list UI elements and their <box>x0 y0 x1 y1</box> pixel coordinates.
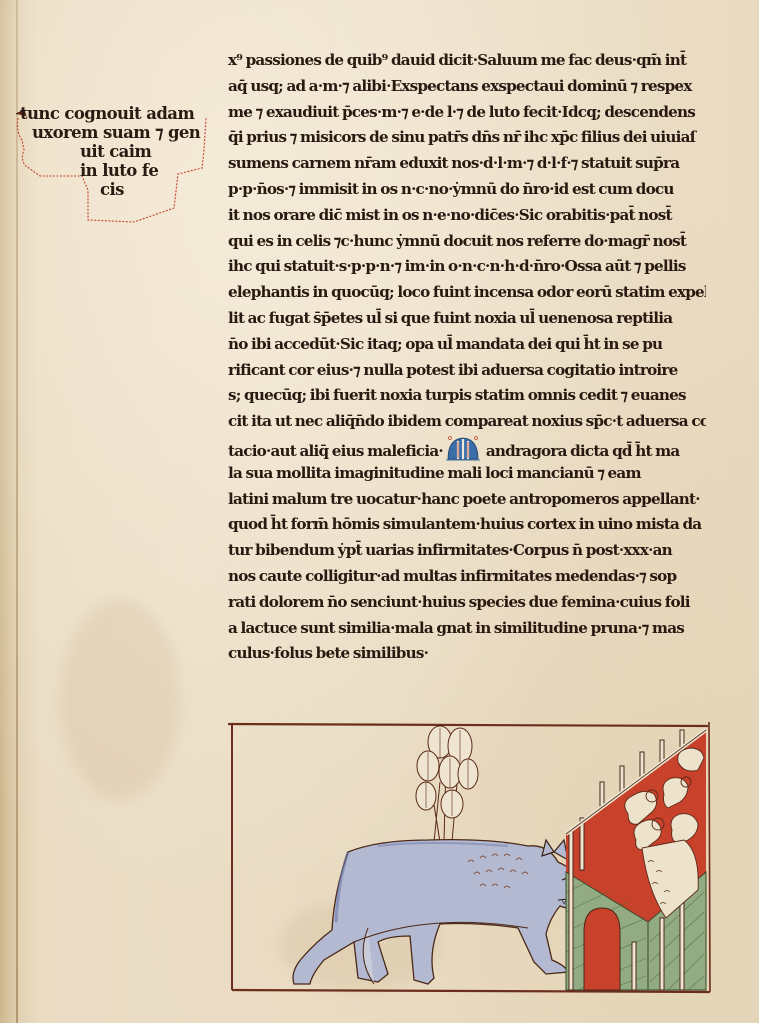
text-line: p·p·n̄os·⁊ immisit in os n·c·no·ẏmnū do … <box>228 177 706 203</box>
margin-note-line: uit caim <box>18 142 208 161</box>
text-fragment: andragora dicta qd̄ h̄t ma <box>486 442 680 460</box>
miniature-wolf-sheepfold <box>228 722 712 994</box>
tree <box>416 726 478 842</box>
margin-note-line: uxorem suam ⁊ gen <box>18 123 208 142</box>
text-line: culus·folus bete similibus· <box>228 641 706 667</box>
text-line: la sua mollita imaginitudine mali loci m… <box>228 461 706 487</box>
margin-note-line: tunc cognouit adam <box>18 104 208 123</box>
text-line-with-initial: tacio·aut aliq̄ eius maleficia· andragor… <box>228 435 706 461</box>
text-line: x⁹ passiones de quib⁹ dauid dicit·Saluum… <box>228 48 706 74</box>
text-line: lit ac fugat s̄p̄etes ul̄ si que fuint n… <box>228 306 706 332</box>
sheepfold <box>566 730 706 990</box>
wolf <box>293 840 589 984</box>
text-line: it nos orare dic̄ mist in os n·e·no·dic̄… <box>228 203 706 229</box>
parchment-stain <box>60 600 180 800</box>
margin-note-line: in luto fe <box>18 161 208 180</box>
text-line: tur bibendum ẏpt̄ uarias infirmitates·Co… <box>228 538 706 564</box>
text-line: aq̄ usq; ad a·m·⁊ alibi·Exspectans exspe… <box>228 74 706 100</box>
text-line: quod h̄t form̄ hōmis simulantem·huius co… <box>228 512 706 538</box>
text-line: nos caute colligitur·ad multas infirmita… <box>228 564 706 590</box>
text-line: s; quecūq; ibi fuerit noxia turpis stati… <box>228 383 706 409</box>
manuscript-folio: tunc cognouit adam uxorem suam ⁊ gen uit… <box>0 0 759 1023</box>
text-line: q̄i prius ⁊ misicors de sinu patr̄s dn̄s… <box>228 125 706 151</box>
text-line: cit ita ut nec aliq̄n̄do ibidem comparea… <box>228 409 706 435</box>
text-line: rificant cor eius·⁊ nulla potest ibi adu… <box>228 358 706 384</box>
margin-note-line: cis <box>18 180 208 199</box>
text-fragment: tacio·aut aliq̄ eius maleficia· <box>228 442 443 460</box>
main-text-column: x⁹ passiones de quib⁹ dauid dicit·Saluum… <box>228 48 706 667</box>
text-line: elephantis in quocūq; loco fuint incensa… <box>228 280 706 306</box>
text-line: n̄o ibi accedūt·Sic itaq; opa ul̄ mandat… <box>228 332 706 358</box>
decorated-initial-m <box>446 435 480 461</box>
text-line: a lactuce sunt similia·mala gnat in simi… <box>228 616 706 642</box>
text-line: ihc qui statuit·s·p·p·n·⁊ im·in o·n·c·n·… <box>228 254 706 280</box>
text-line: rati dolorem n̄o senciunt·huius species … <box>228 590 706 616</box>
text-line: sumens carnem nr̄am eduxit nos·d·l·m·⁊ d… <box>228 151 706 177</box>
margin-note: tunc cognouit adam uxorem suam ⁊ gen uit… <box>18 104 208 199</box>
text-line: qui es in celis ⁊c·hunc ẏmnū docuit nos … <box>228 229 706 255</box>
text-line: me ⁊ exaudiuit p̄ces·m·⁊ e·de l·⁊ de lut… <box>228 100 706 126</box>
text-line: latini malum tre uocatur·hanc poete antr… <box>228 487 706 513</box>
